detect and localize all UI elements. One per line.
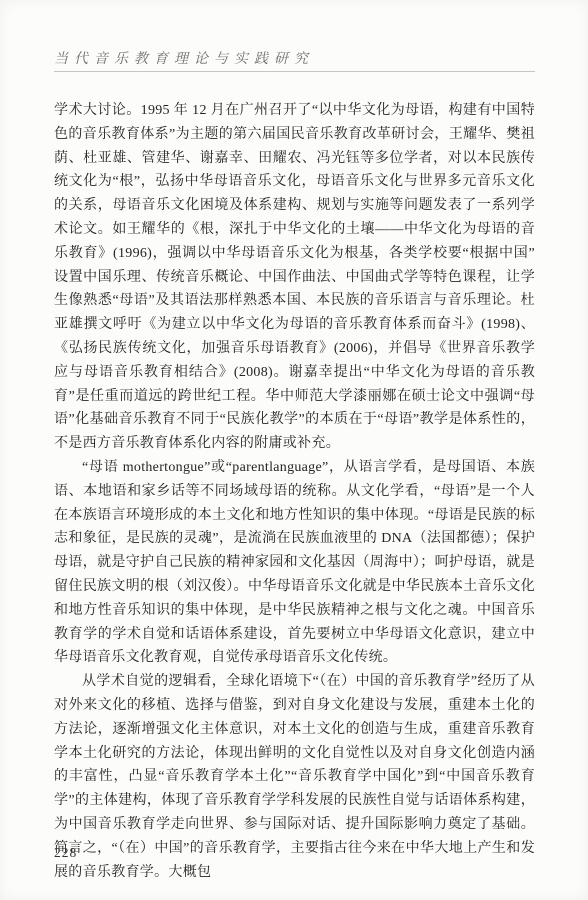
page-body-text: 学术大讨论。1995 年 12 月在广州召开了“以中华文化为母语，构建有中国特色…	[54, 99, 535, 884]
running-head-title: 当代音乐教育理论与实践研究	[54, 48, 535, 68]
paragraph: 从学术自觉的逻辑看，全球化语境下“（在）中国的音乐教育学”经历了从对外来文化的移…	[54, 670, 535, 884]
header-divider-rule	[54, 71, 535, 72]
book-page: 当代音乐教育理论与实践研究 学术大讨论。1995 年 12 月在广州召开了“以中…	[0, 0, 588, 900]
page-number: 228	[54, 845, 77, 861]
paragraph: “母语 mothertongue”或“parentlanguage”，从语言学看…	[54, 456, 535, 670]
paragraph: 学术大讨论。1995 年 12 月在广州召开了“以中华文化为母语，构建有中国特色…	[54, 99, 535, 456]
